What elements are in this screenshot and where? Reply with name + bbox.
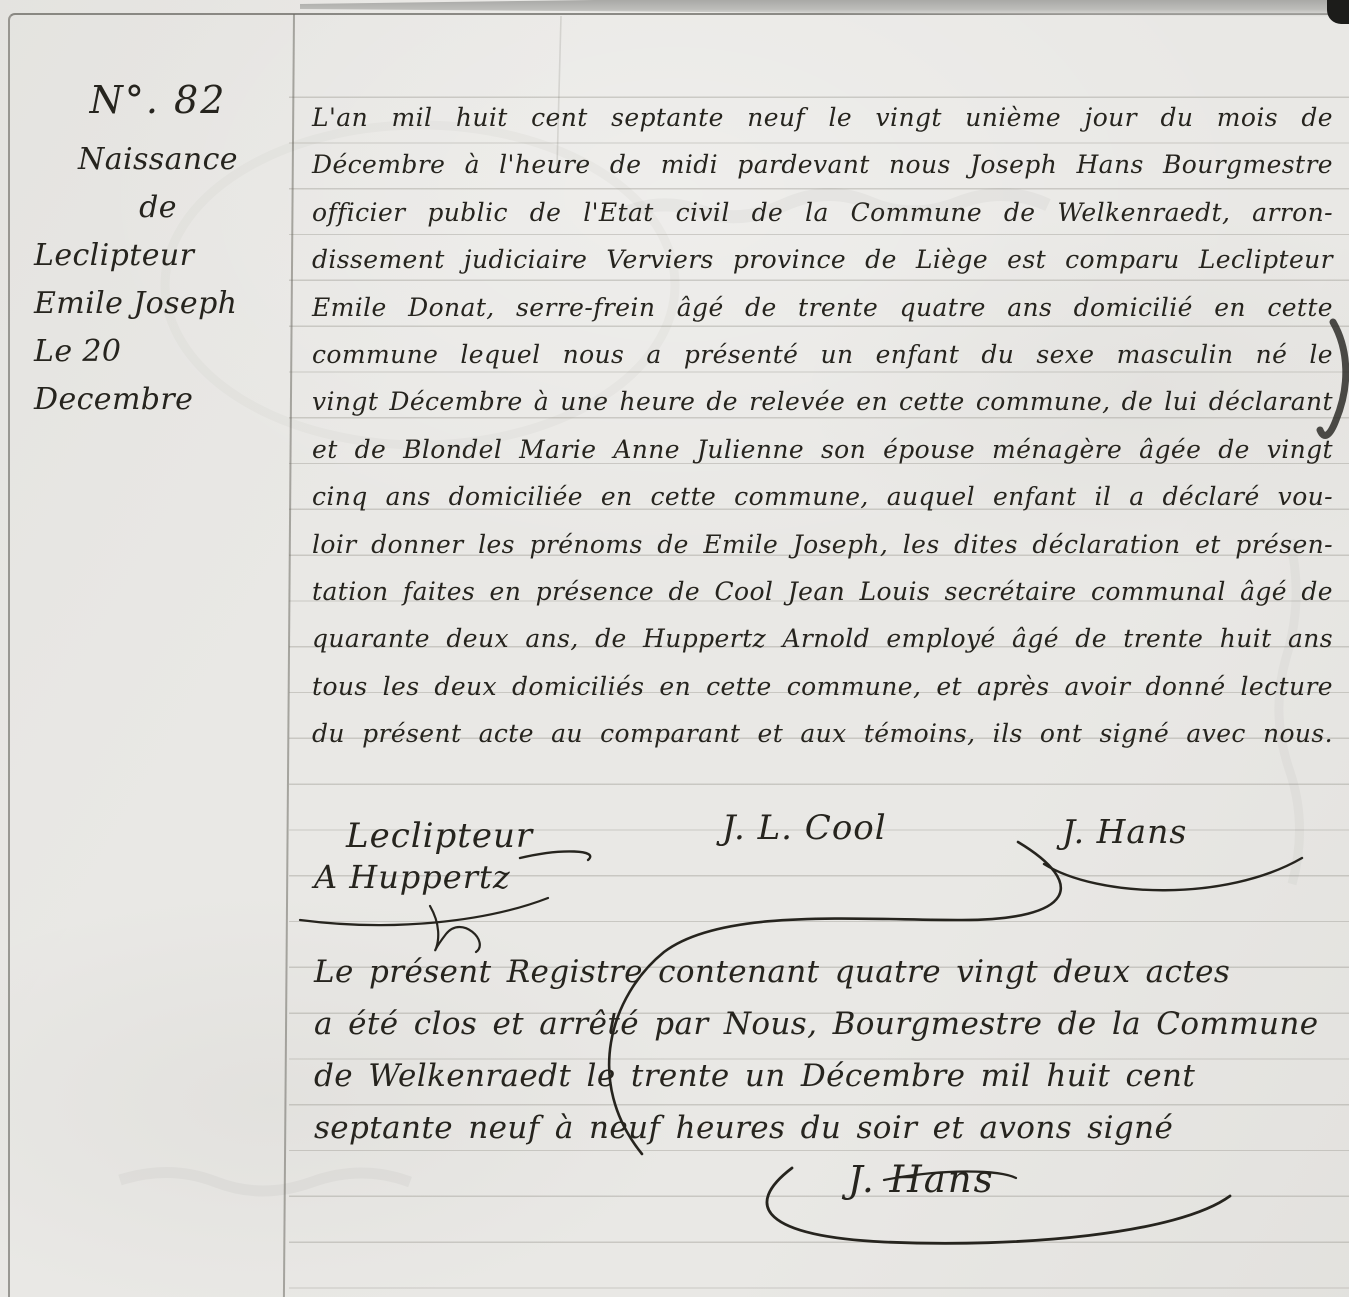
margin-line-givennames: Emile Joseph [34, 280, 282, 328]
closing-statement: Le présent Registre contenant quatre vin… [314, 946, 1344, 1154]
closing-line: a été clos et arrêté par Nous, Bourgmest… [314, 998, 1344, 1050]
act-line: Emile Donat, serre-frein âgé de trente q… [312, 284, 1333, 331]
closing-line: septante neuf à neuf heures du soir et a… [314, 1102, 1344, 1154]
margin-line-naissance: Naissance [34, 136, 282, 184]
scanned-birth-act-page: N°. 82 Naissance de Leclipteur Emile Jos… [0, 0, 1349, 1297]
act-line: officier public de l'Etat civil de la Co… [312, 189, 1333, 236]
act-line: tous les deux domiciliés en cette commun… [312, 663, 1333, 710]
act-line: tation faites en présence de Cool Jean L… [312, 568, 1333, 615]
signature-leclipteur: Leclipteur [346, 816, 533, 856]
margin-line-de: de [34, 184, 282, 232]
act-line: dissement judiciaire Verviers province d… [312, 236, 1333, 283]
act-line: loir donner les prénoms de Emile Joseph,… [312, 521, 1333, 568]
signature-hans-closing: J. Hans [848, 1158, 995, 1201]
act-line: L'an mil huit cent septante neuf le ving… [312, 94, 1333, 141]
signature-hans: J. Hans [1062, 812, 1187, 851]
margin-line-date: Le 20 Decembre [34, 328, 282, 424]
act-line: cinq ans domiciliée en cette commune, au… [312, 473, 1333, 520]
closing-line: Le présent Registre contenant quatre vin… [314, 946, 1344, 998]
act-number: N°. 82 [34, 78, 282, 122]
margin-annotation-block: N°. 82 Naissance de Leclipteur Emile Jos… [34, 78, 282, 424]
act-line: et de Blondel Marie Anne Julienne son ép… [312, 426, 1333, 473]
act-line: du présent acte au comparant et aux témo… [312, 710, 1333, 757]
act-body: L'an mil huit cent septante neuf le ving… [312, 94, 1333, 758]
act-line: quarante deux ans, de Huppertz Arnold em… [312, 615, 1333, 662]
closing-line: de Welkenraedt le trente un Décembre mil… [314, 1050, 1344, 1102]
signature-cool: J. L. Cool [722, 808, 887, 848]
margin-line-surname: Leclipteur [34, 232, 282, 280]
act-line: Décembre à l'heure de midi pardevant nou… [312, 141, 1333, 188]
act-line: vingt Décembre à une heure de relevée en… [312, 378, 1333, 425]
act-line: commune lequel nous a présenté un enfant… [312, 331, 1333, 378]
signature-huppertz: A Huppertz [314, 858, 511, 896]
